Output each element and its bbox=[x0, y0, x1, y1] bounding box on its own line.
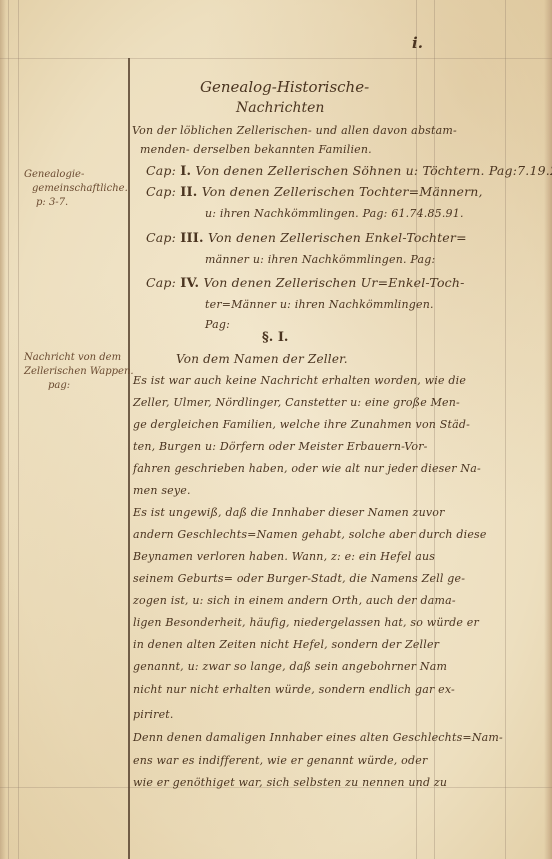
chapter-text: Von denen Zellerischen Tochter=Männern, bbox=[202, 184, 483, 199]
body-line: andern Geschlechts=Namen gehabt, solche … bbox=[133, 528, 487, 541]
chapter-label: Cap: bbox=[146, 230, 176, 245]
rule-line bbox=[505, 0, 506, 859]
body-line: Es ist war auch keine Nachricht erhalten… bbox=[133, 374, 466, 387]
rule-line bbox=[8, 0, 9, 859]
margin-note-line: gemeinschaftliche. bbox=[24, 182, 128, 196]
body-line: Denn denen damaligen Innhaber eines alte… bbox=[133, 731, 503, 744]
page-edge-left bbox=[0, 0, 6, 859]
chapter-4: Cap: IV. Von denen Zellerischen Ur=Enkel… bbox=[146, 275, 465, 291]
title-line-2: Nachrichten bbox=[236, 100, 324, 116]
body-line: Beynamen verloren haben. Wann, z: e: ein… bbox=[133, 550, 435, 563]
body-line: wie er genöthiget war, sich selbsten zu … bbox=[133, 776, 447, 789]
body-line: ge dergleichen Familien, welche ihre Zun… bbox=[133, 418, 470, 431]
chapter-4-cont: ter=Männer u: ihren Nachkömmlingen. bbox=[205, 298, 434, 311]
rule-line bbox=[0, 58, 552, 59]
chapter-number: II. bbox=[180, 185, 197, 200]
chapter-text: Von denen Zellerischen Ur=Enkel-Toch- bbox=[203, 275, 464, 290]
body-line: nicht nur nicht erhalten würde, sondern … bbox=[133, 683, 455, 696]
chapter-label: Cap: bbox=[146, 184, 176, 199]
title-line-1: Genealog-Historische- bbox=[200, 78, 369, 96]
margin-rule bbox=[128, 58, 130, 859]
margin-note-coat-of-arms: Nachricht von dem Zellerischen Wappen. p… bbox=[24, 351, 134, 393]
body-line: seinem Geburts= oder Burger-Stadt, die N… bbox=[133, 572, 465, 585]
body-line: Zeller, Ulmer, Nördlinger, Canstetter u:… bbox=[133, 396, 460, 409]
chapter-3-cont: männer u: ihren Nachkömmlingen. Pag: bbox=[205, 253, 435, 266]
manuscript-page: i. Genealog-Historische- Nachrichten Von… bbox=[0, 0, 552, 859]
margin-note-line: pag: bbox=[24, 379, 134, 393]
folio-number: i. bbox=[412, 34, 423, 52]
chapter-text: Von denen Zellerischen Söhnen u: Töchter… bbox=[195, 163, 552, 178]
chapter-1: Cap: I. Von denen Zellerischen Söhnen u:… bbox=[146, 163, 552, 179]
chapter-number: IV. bbox=[180, 276, 199, 291]
body-line: in denen alten Zeiten nicht Hefel, sonde… bbox=[133, 638, 439, 651]
rule-line bbox=[18, 0, 19, 859]
chapter-2: Cap: II. Von denen Zellerischen Tochter=… bbox=[146, 184, 483, 200]
margin-note-line: Nachricht von dem bbox=[24, 351, 134, 365]
intro-line: menden- derselben bekannten Familien. bbox=[140, 143, 372, 156]
chapter-number: I. bbox=[180, 164, 191, 179]
chapter-label: Cap: bbox=[146, 275, 176, 290]
body-line: ligen Besonderheit, häufig, niedergelass… bbox=[133, 616, 479, 629]
body-line: Es ist ungewiß, daß die Innhaber dieser … bbox=[133, 506, 445, 519]
body-line: men seye. bbox=[133, 484, 191, 497]
chapter-number: III. bbox=[180, 231, 204, 246]
chapter-3: Cap: III. Von denen Zellerischen Enkel-T… bbox=[146, 230, 467, 246]
chapter-2-cont: u: ihren Nachkömmlingen. Pag: 61.74.85.9… bbox=[205, 207, 464, 220]
margin-note-line: Zellerischen Wappen. bbox=[24, 365, 134, 379]
margin-note-line: Genealogie- bbox=[24, 168, 128, 182]
body-line: ens war es indifferent, wie er genannt w… bbox=[133, 754, 427, 767]
body-line: genannt, u: zwar so lange, daß sein ange… bbox=[133, 660, 447, 673]
page-edge-right bbox=[544, 0, 552, 859]
body-line: piriret. bbox=[133, 708, 174, 721]
margin-note-line: p: 3-7. bbox=[24, 196, 128, 210]
intro-line: Von der löblichen Zellerischen- und alle… bbox=[132, 124, 457, 137]
chapter-4-pag: Pag: bbox=[205, 318, 230, 331]
body-line: fahren geschrieben haben, oder wie alt n… bbox=[133, 462, 481, 475]
margin-note-genealogy: Genealogie- gemeinschaftliche. p: 3-7. bbox=[24, 168, 128, 210]
body-line: ten, Burgen u: Dörfern oder Meister Erba… bbox=[133, 440, 428, 453]
section-heading: Von dem Namen der Zeller. bbox=[176, 352, 348, 366]
chapter-text: Von denen Zellerischen Enkel-Tochter= bbox=[208, 230, 467, 245]
section-label: §. I. bbox=[262, 330, 288, 345]
body-line: zogen ist, u: sich in einem andern Orth,… bbox=[133, 594, 456, 607]
chapter-label: Cap: bbox=[146, 163, 176, 178]
